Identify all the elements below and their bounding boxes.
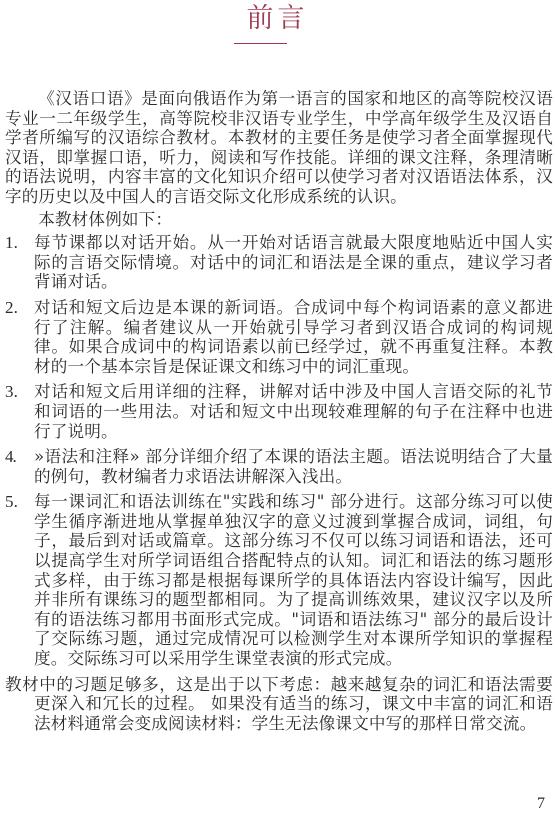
title-underline (234, 43, 287, 44)
page-title: 前言 (247, 2, 309, 36)
list-item-5: 5. 每一课词汇和语法训练在"实践和练习" 部分进行。这部分练习可以使学生循序渐… (5, 492, 553, 668)
list-item-text: 每节课都以对话开始。从一开始对话语言就最大限度地贴近中国人实际的言语交际情境。对… (34, 233, 553, 291)
list-number: 1. (5, 233, 18, 253)
list-number: 4. (5, 447, 16, 467)
title-area: 前言 (0, 2, 555, 36)
document-body: 《汉语口语》是面向俄语作为第一语言的国家和地区的高等院校汉语专业一二年级学生，高… (5, 89, 553, 733)
list-item-1: 1. 每节课都以对话开始。从一开始对话语言就最大限度地贴近中国人实际的言语交际情… (5, 233, 553, 292)
list-item-3: 3. 对话和短文后用详细的注释，讲解对话中涉及中国人言语交际的礼节和词语的一些用… (5, 382, 553, 441)
intro-paragraph: 《汉语口语》是面向俄语作为第一语言的国家和地区的高等院校汉语专业一二年级学生，高… (5, 89, 553, 207)
list-number: 3. (5, 382, 18, 402)
list-number: 5. (5, 492, 18, 512)
closing-paragraph: 教材中的习题足够多，这是出于以下考虑：越来越复杂的词汇和语法需要更深入和冗长的过… (5, 675, 553, 734)
list-lead-text: 本教材体例如下： (5, 210, 553, 230)
list-item-2: 2. 对话和短文后边是本课的新词语。合成词中每个构词语素的意义都进行了注解。编者… (5, 298, 553, 376)
features-list: 1. 每节课都以对话开始。从一开始对话语言就最大限度地贴近中国人实际的言语交际情… (5, 233, 553, 668)
page-number: 7 (537, 795, 545, 813)
list-item-text: »语法和注释» 部分详细介绍了本课的语法主题。语法说明结合了大量的例句，教材编者… (34, 447, 553, 486)
list-item-text: 对话和短文后边是本课的新词语。合成词中每个构词语素的意义都进行了注解。编者建议从… (34, 298, 553, 376)
list-item-text: 每一课词汇和语法训练在"实践和练习" 部分进行。这部分练习可以使学生循序渐进地从… (34, 492, 553, 668)
list-number: 2. (5, 298, 18, 318)
list-item-text: 对话和短文后用详细的注释，讲解对话中涉及中国人言语交际的礼节和词语的一些用法。对… (34, 382, 553, 440)
list-item-4: 4. »语法和注释» 部分详细介绍了本课的语法主题。语法说明结合了大量的例句，教… (5, 447, 553, 486)
